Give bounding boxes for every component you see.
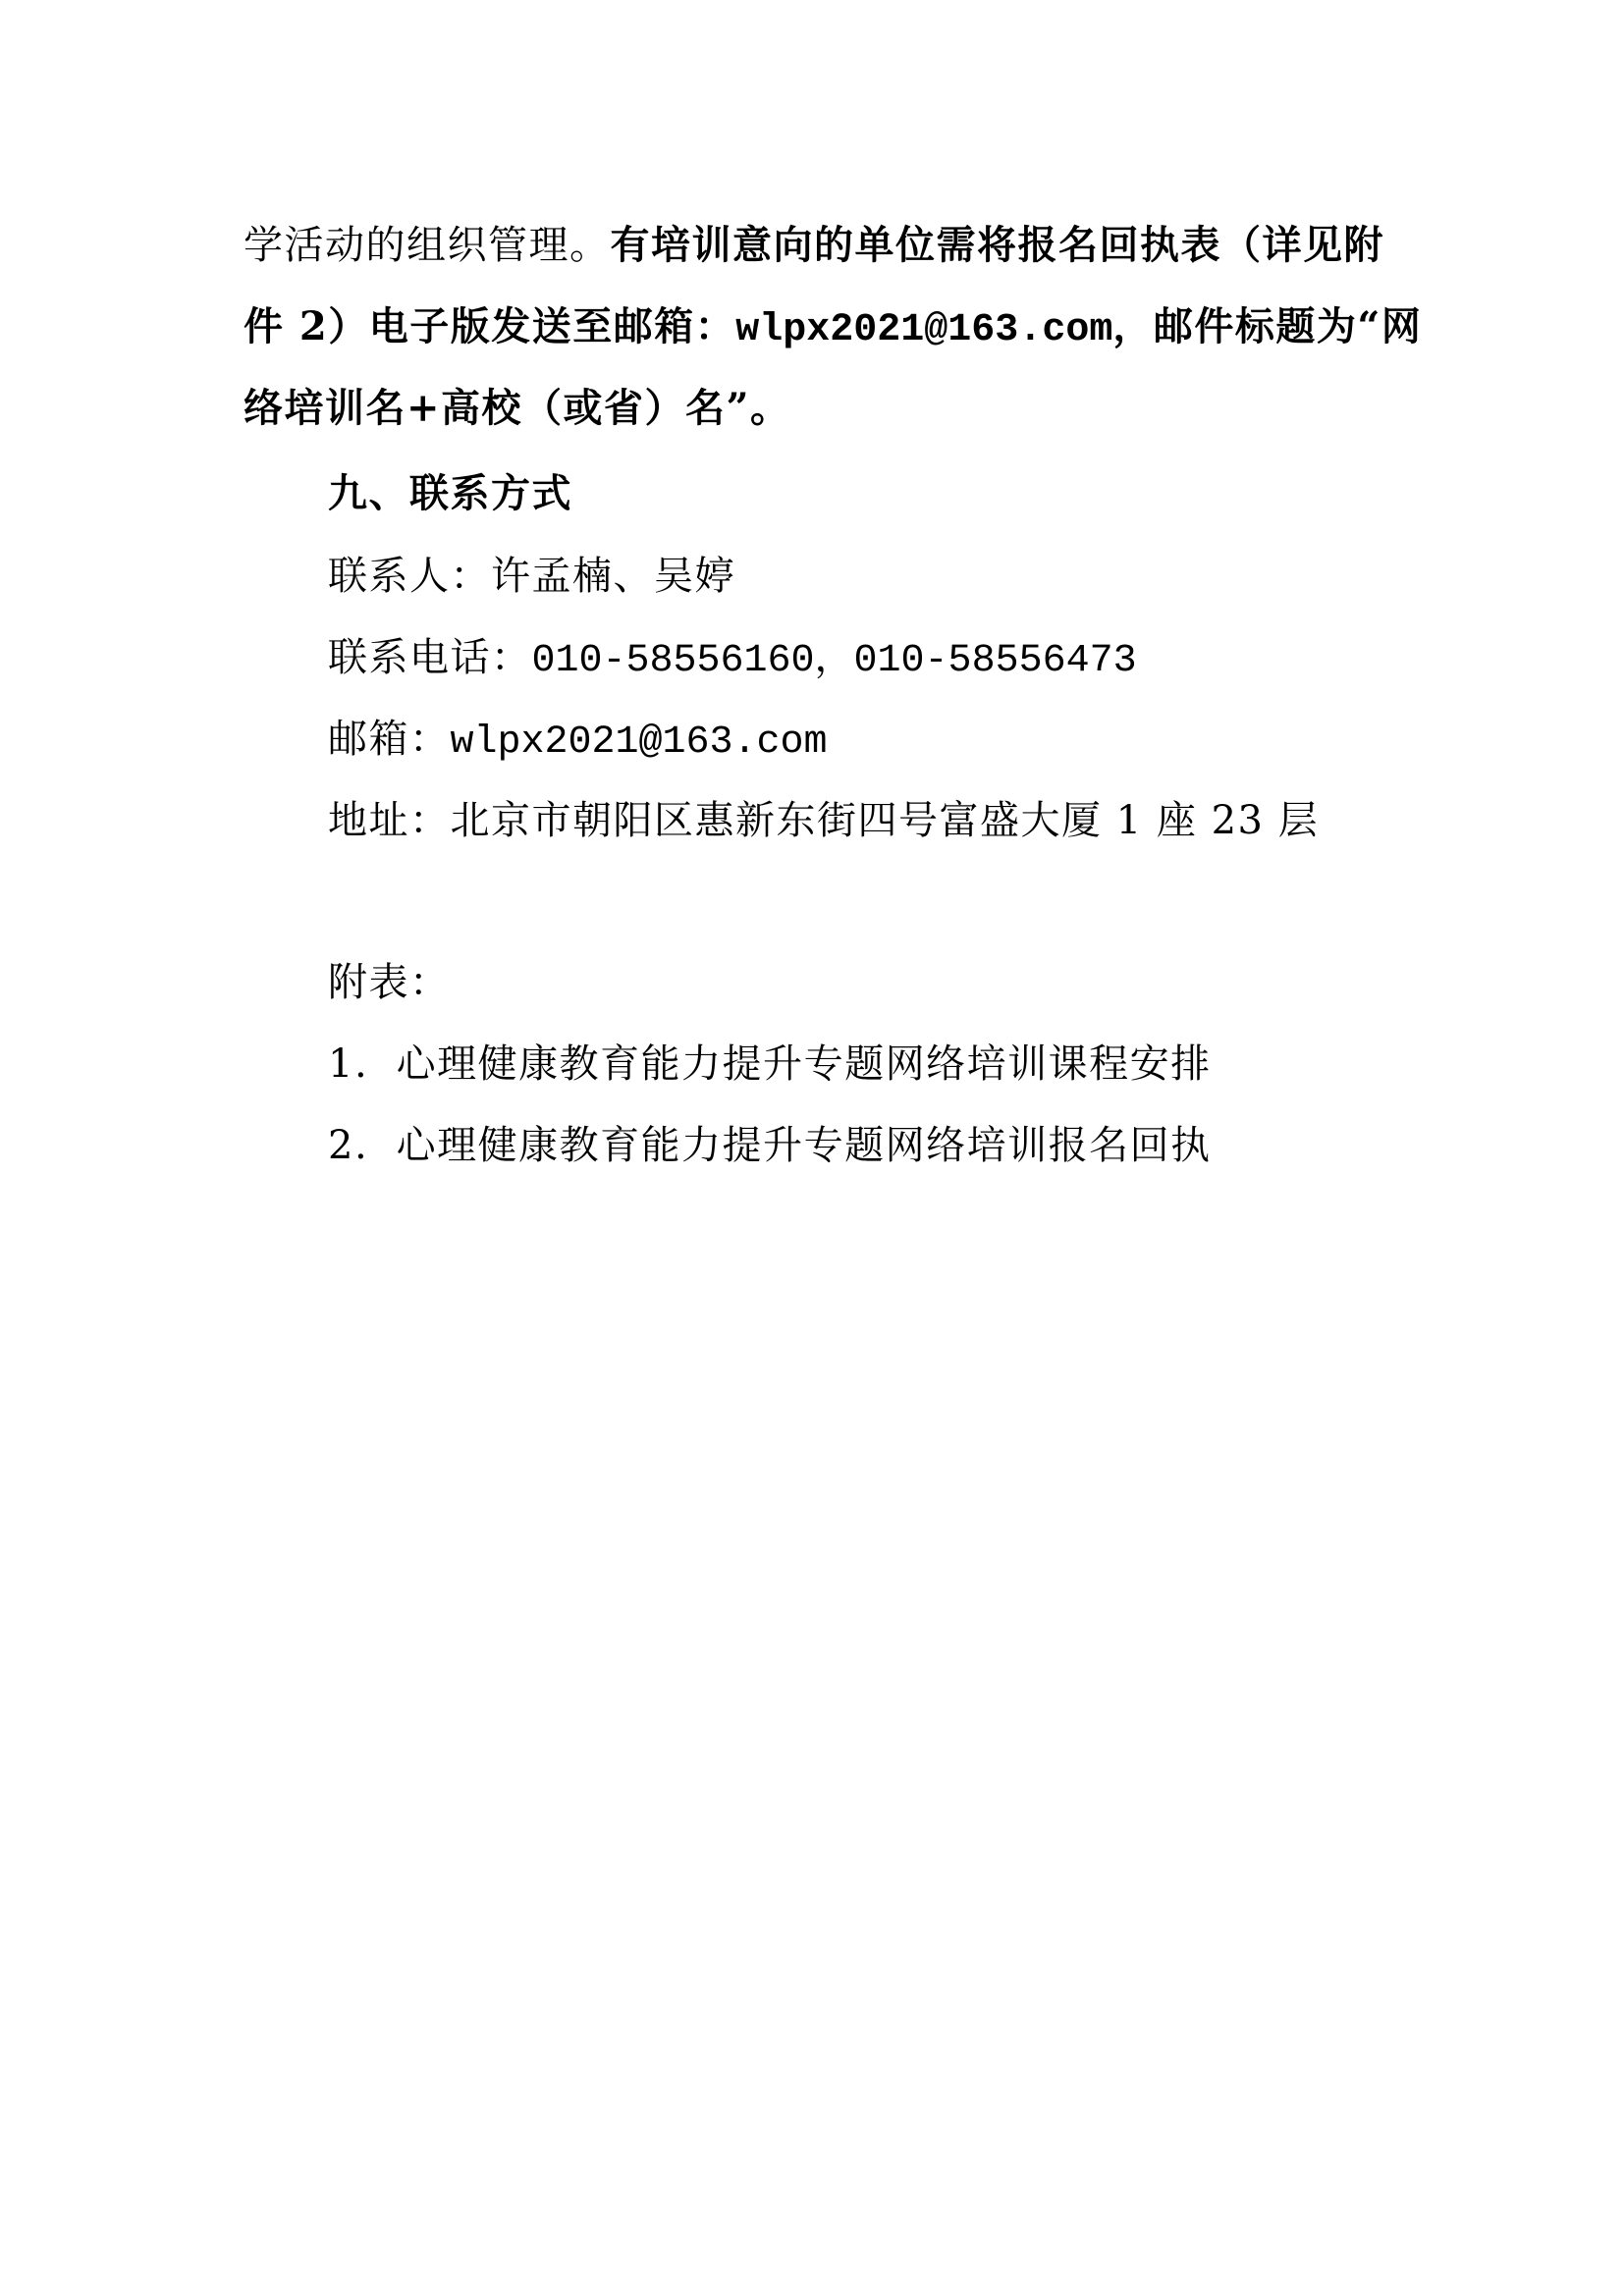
attachment-item-1: 1. 心理健康教育能力提升专题网络培训课程安排 bbox=[328, 1041, 1467, 1088]
paragraph-text-bold: 络培训名+高校（或省）名”。 bbox=[244, 385, 791, 431]
paragraph-text-bold: 有培训意向的单位需将报名回执表（详见附 bbox=[611, 222, 1385, 268]
paragraph-text-bold: ，邮件标题为“网 bbox=[1112, 303, 1422, 349]
email-address-inline: wlpx2021@163.com bbox=[735, 308, 1112, 352]
section-heading: 九、联系方式 bbox=[328, 470, 1467, 517]
attachment-number: 1. bbox=[328, 1041, 368, 1087]
contact-address-label: 地址： bbox=[328, 798, 451, 843]
contact-phone-row: 联系电话：010-58556160，010-58556473 bbox=[328, 634, 1467, 685]
contact-email-row: 邮箱：wlpx2021@163.com bbox=[328, 716, 1467, 767]
contact-address-value: 北京市朝阳区惠新东街四号富盛大厦 1 座 23 层 bbox=[451, 798, 1320, 843]
contact-address-row: 地址：北京市朝阳区惠新东街四号富盛大厦 1 座 23 层 bbox=[328, 797, 1467, 844]
attachment-item-2: 2. 心理健康教育能力提升专题网络培训报名回执 bbox=[328, 1122, 1467, 1169]
contact-phone-label: 联系电话： bbox=[328, 635, 532, 680]
paragraph-line-1: 学活动的组织管理。有培训意向的单位需将报名回执表（详见附 bbox=[244, 222, 1382, 269]
attachment-number: 2. bbox=[328, 1123, 368, 1168]
contact-phone-value: 010-58556160，010-58556473 bbox=[532, 639, 1137, 683]
contact-person-row: 联系人：许孟楠、吴婷 bbox=[328, 553, 1467, 600]
contact-person-value: 许孟楠、吴婷 bbox=[491, 554, 735, 599]
contact-email-value: wlpx2021@163.com bbox=[451, 721, 828, 765]
attachments-title: 附表： bbox=[328, 959, 1467, 1006]
contact-person-label: 联系人： bbox=[328, 554, 491, 599]
document-page: 学活动的组织管理。有培训意向的单位需将报名回执表（详见附 件 2）电子版发送至邮… bbox=[0, 0, 1624, 2296]
attachment-label: 心理健康教育能力提升专题网络培训课程安排 bbox=[397, 1041, 1212, 1087]
attachment-label: 心理健康教育能力提升专题网络培训报名回执 bbox=[397, 1123, 1212, 1168]
contact-email-label: 邮箱： bbox=[328, 717, 451, 762]
paragraph-text-bold: 件 2）电子版发送至邮箱： bbox=[244, 303, 735, 349]
paragraph-line-2: 件 2）电子版发送至邮箱：wlpx2021@163.com，邮件标题为“网 bbox=[244, 303, 1382, 354]
paragraph-line-3: 络培训名+高校（或省）名”。 bbox=[244, 385, 1382, 432]
paragraph-text-normal: 学活动的组织管理。 bbox=[244, 223, 611, 268]
